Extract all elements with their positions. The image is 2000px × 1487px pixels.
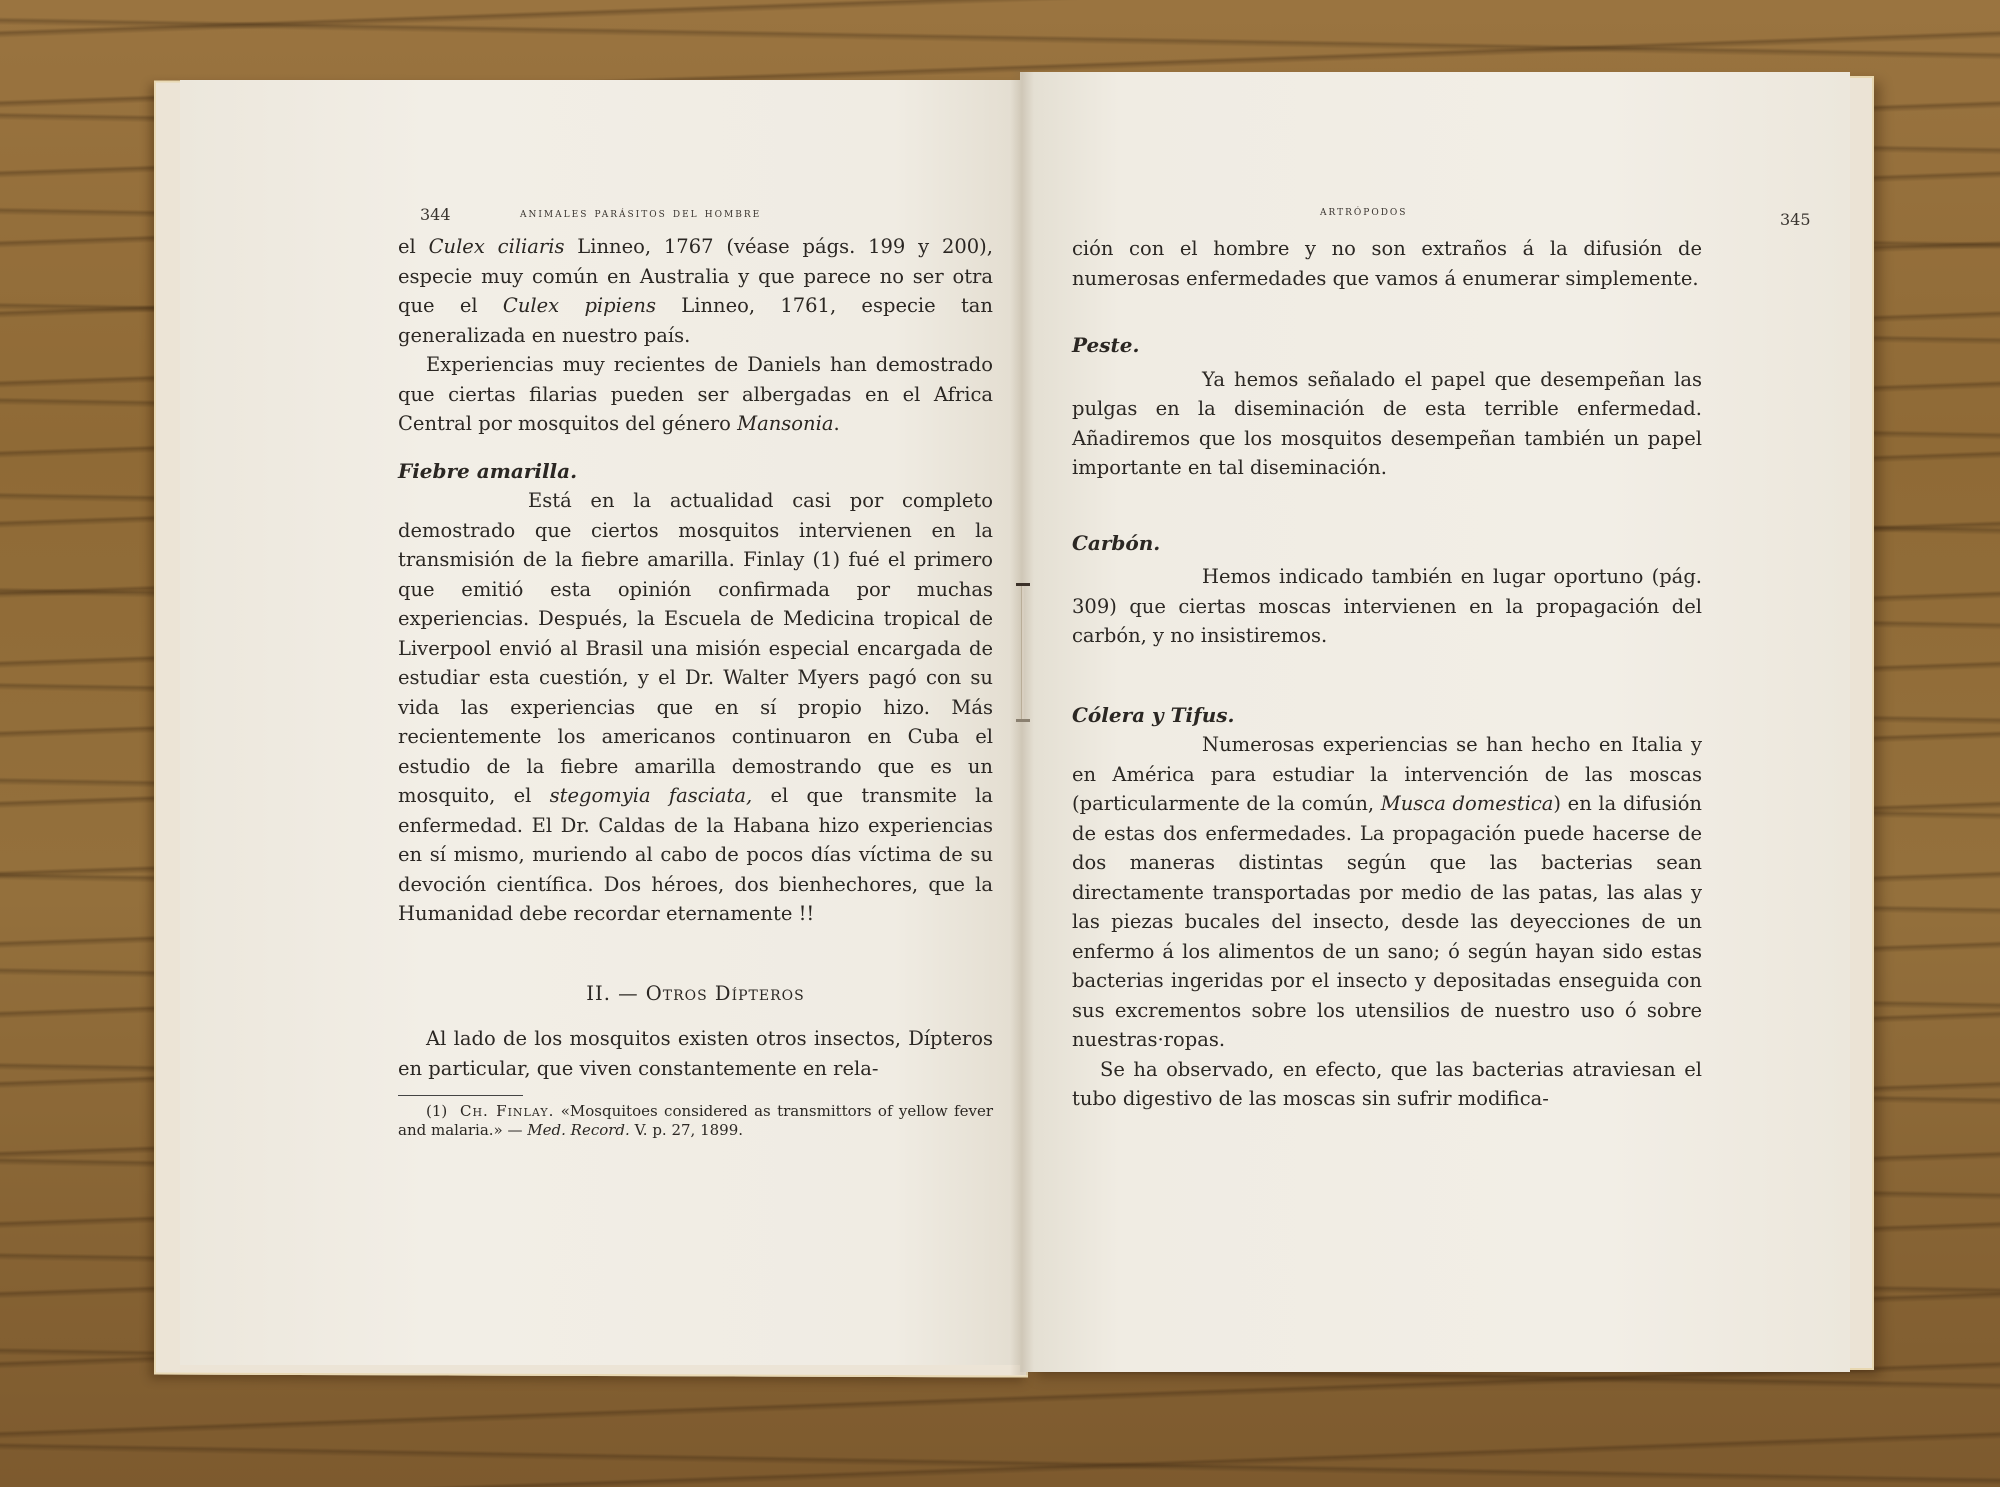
left-page: 344 ANIMALES PARÁSITOS DEL HOMBRE el Cul…: [180, 80, 1020, 1365]
right-page: ARTRÓPODOS 345 ción con el hombre y no s…: [1020, 72, 1850, 1372]
left-page-body: el Culex ciliaris Linneo, 1767 (véase pá…: [398, 232, 993, 1140]
section-title-otros-dipteros: II. — Otros Dípteros: [398, 979, 993, 1009]
footnote-author: Ch. Finlay.: [460, 1102, 554, 1120]
text: el: [398, 235, 429, 258]
paragraph: Está en la actualidad casi por completo …: [398, 486, 993, 929]
page-number-right: 345: [1780, 210, 1811, 229]
paragraph: Numerosas experiencias se han hecho en I…: [1072, 730, 1702, 1055]
paragraph: Ya hemos señalado el papel que desempeña…: [1072, 365, 1702, 483]
right-page-body: ción con el hombre y no son extraños á l…: [1072, 234, 1702, 1114]
open-book: 344 ANIMALES PARÁSITOS DEL HOMBRE el Cul…: [150, 70, 1890, 1390]
species-name: Culex ciliaris: [429, 235, 565, 258]
species-name: Musca domestica: [1381, 792, 1554, 815]
section-heading-colera: Cólera y Tifus.: [1072, 701, 1702, 731]
footnote: (1) Ch. Finlay. «Mosquitoes considered a…: [398, 1102, 993, 1140]
running-head-right: ARTRÓPODOS: [1320, 204, 1407, 219]
paragraph: Experiencias muy recientes de Daniels ha…: [398, 350, 993, 439]
section-heading-carbon: Carbón.: [1072, 529, 1702, 559]
species-name: Culex pipiens: [503, 294, 656, 317]
paragraph: Se ha observado, en efecto, que las bact…: [1072, 1055, 1702, 1114]
running-head-left: ANIMALES PARÁSITOS DEL HOMBRE: [520, 206, 761, 221]
text: Experiencias muy recientes de Daniels ha…: [398, 353, 993, 435]
text: ) en la difusión de estas dos enfermedad…: [1072, 792, 1702, 1051]
page-number-left: 344: [420, 205, 451, 224]
paragraph: el Culex ciliaris Linneo, 1767 (véase pá…: [398, 232, 993, 350]
species-name: stegomyia fasciata,: [550, 784, 753, 807]
text: .: [833, 412, 839, 435]
binding-stitch: [1021, 585, 1024, 720]
footnote-ref: V. p. 27, 1899.: [630, 1121, 743, 1139]
book-gutter: [1010, 70, 1034, 1375]
footnote-rule: [398, 1095, 523, 1096]
footnote-marker: (1): [426, 1102, 447, 1120]
footnote-journal: Med. Record.: [527, 1121, 630, 1139]
section-heading-fiebre: Fiebre amarilla.: [398, 457, 993, 487]
paragraph: Hemos indicado también en lugar oportuno…: [1072, 562, 1702, 651]
paragraph: ción con el hombre y no son extraños á l…: [1072, 234, 1702, 293]
genus-name: Mansonia: [737, 412, 833, 435]
paragraph: Al lado de los mosquitos existen otros i…: [398, 1024, 993, 1083]
text: Está en la actualidad casi por completo …: [398, 489, 993, 807]
section-heading-peste: Peste.: [1072, 331, 1702, 361]
